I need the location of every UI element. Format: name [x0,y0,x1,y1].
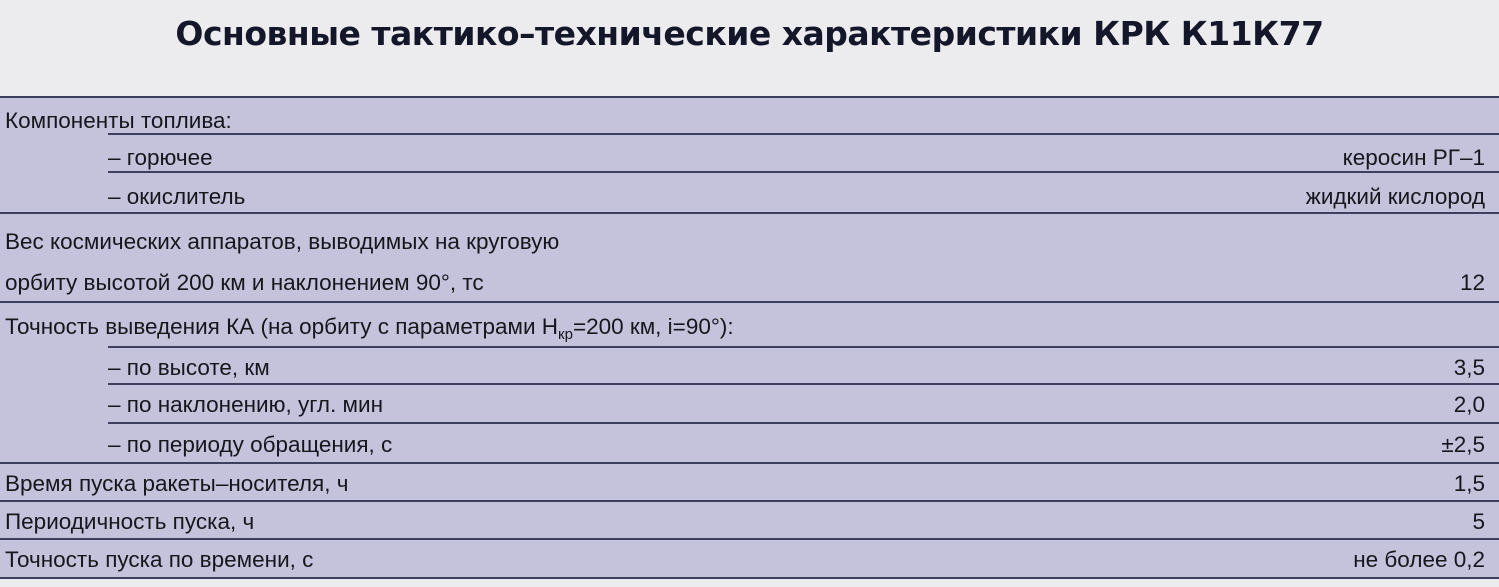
label-suffix: =200 км, i=90°): [573,314,734,339]
label-prefix: Точность выведения КА (на орбиту с парам… [5,314,558,339]
row-value: 3,5 [1454,349,1485,387]
row-value: жидкий кислород [1306,178,1485,216]
row-label: Периодичность пуска, ч [5,503,254,541]
row-label: Вес космических аппаратов, выводимых на … [5,223,559,261]
specs-table: Компоненты топлива: – горючее керосин РГ… [0,96,1499,577]
divider [108,383,1499,385]
row-label: Точность пуска по времени, с [5,541,313,579]
row-label: – по высоте, км [108,349,270,387]
divider [0,500,1499,502]
row-value: 2,0 [1454,386,1485,424]
divider [0,538,1499,540]
row-label: – по периоду обращения, с [108,426,392,464]
row-value: ±2,5 [1441,426,1485,464]
divider [0,462,1499,464]
divider [0,301,1499,303]
divider [108,133,1499,135]
row-label: Время пуска ракеты–носителя, ч [5,465,348,503]
row-label: орбиту высотой 200 км и наклонением 90°,… [5,264,484,302]
label-subscript: кр [558,326,573,343]
divider [108,422,1499,424]
divider [108,346,1499,348]
row-label: Точность выведения КА (на орбиту с парам… [5,308,734,346]
row-value: 1,5 [1454,465,1485,503]
row-label: – по наклонению, угл. мин [108,386,383,424]
row-value: не более 0,2 [1353,541,1485,579]
divider [108,171,1499,173]
row-value: 5 [1472,503,1485,541]
page-title: Основные тактико–технические характерист… [0,14,1499,53]
divider [0,212,1499,214]
divider [0,577,1499,579]
row-value: 12 [1460,264,1485,302]
row-label: – окислитель [108,178,245,216]
